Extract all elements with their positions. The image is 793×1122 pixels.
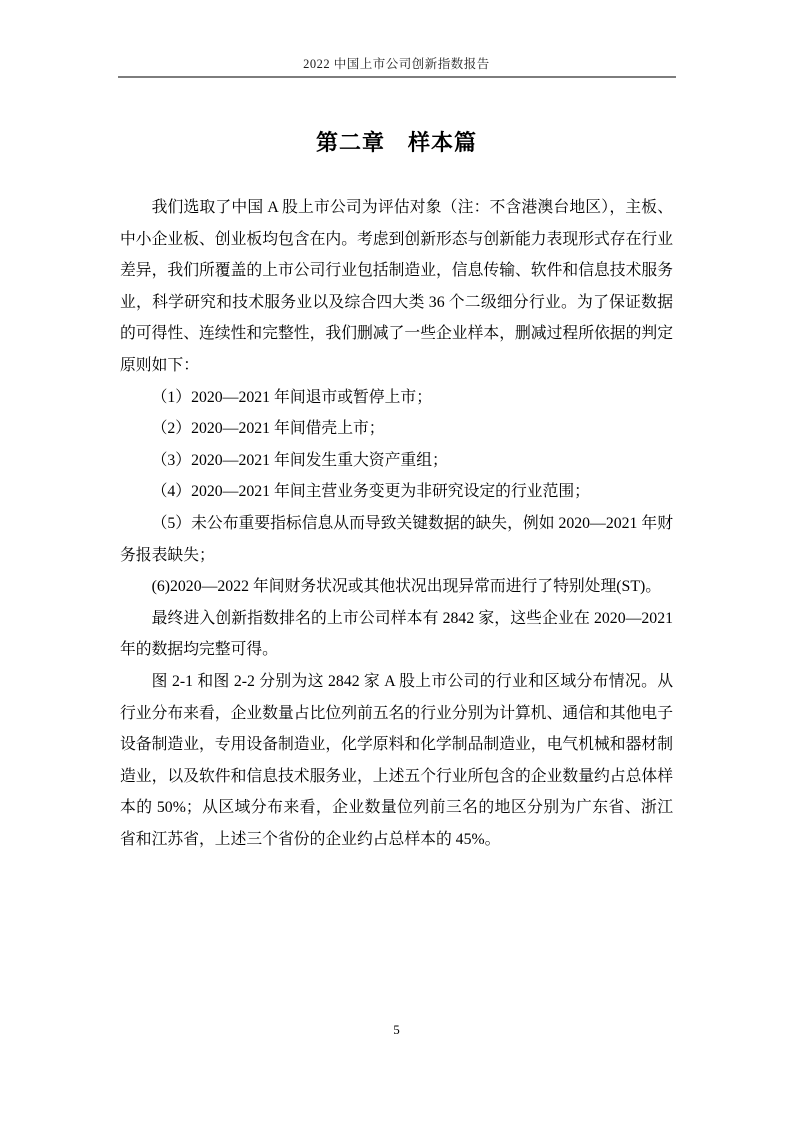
running-header-title: 2022 中国上市公司创新指数报告 — [0, 54, 793, 72]
list-item-6: (6)2020—2022 年间财务状况或其他状况出现异常而进行了特别处理(ST)… — [120, 571, 673, 603]
list-item-5: （5）未公布重要指标信息从而导致关键数据的缺失，例如 2020—2021 年财务… — [120, 508, 673, 571]
chapter-title: 第二章 样本篇 — [0, 126, 793, 157]
list-item-1: （1）2020—2021 年间退市或暂停上市； — [120, 382, 673, 414]
paragraph-distribution: 图 2-1 和图 2-2 分别为这 2842 家 A 股上市公司的行业和区域分布… — [120, 666, 673, 856]
body-text-block: 我们选取了中国 A 股上市公司为评估对象（注：不含港澳台地区），主板、中小企业板… — [120, 192, 673, 855]
list-item-2: （2）2020—2021 年间借壳上市； — [120, 413, 673, 445]
header-divider-rule — [118, 76, 676, 78]
list-item-3: （3）2020—2021 年间发生重大资产重组； — [120, 445, 673, 477]
page-number: 5 — [0, 1022, 793, 1038]
document-page: 2022 中国上市公司创新指数报告 第二章 样本篇 我们选取了中国 A 股上市公… — [0, 0, 793, 1122]
paragraph-sample-count: 最终进入创新指数排名的上市公司样本有 2842 家，这些企业在 2020—202… — [120, 603, 673, 666]
paragraph-intro: 我们选取了中国 A 股上市公司为评估对象（注：不含港澳台地区），主板、中小企业板… — [120, 192, 673, 382]
list-item-4: （4）2020—2021 年间主营业务变更为非研究设定的行业范围； — [120, 476, 673, 508]
